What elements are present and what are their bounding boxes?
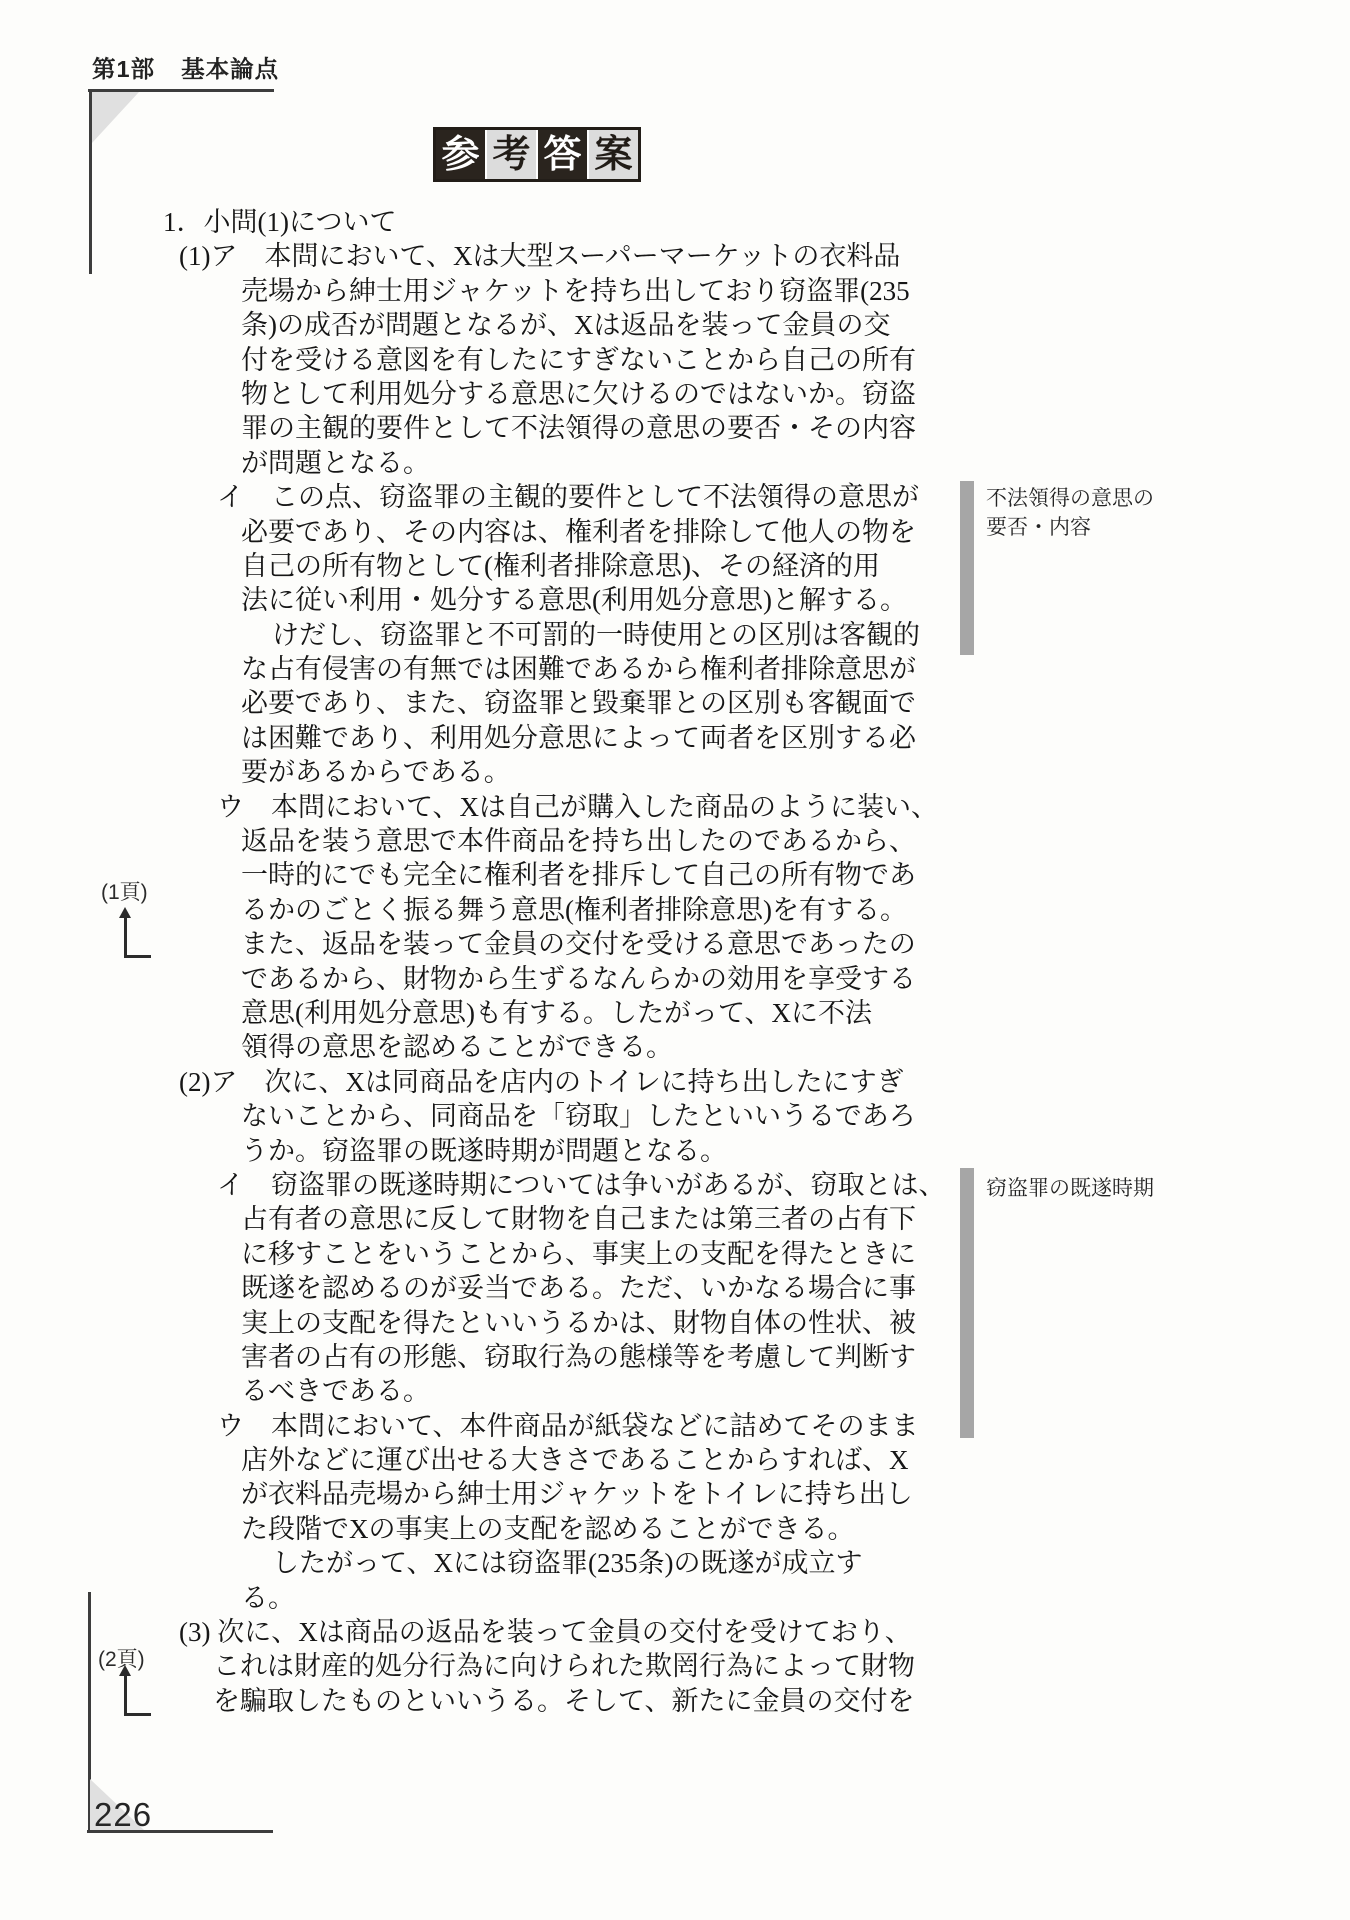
- margin-note-line: 要否・内容: [986, 513, 1206, 542]
- answer-line: 一時的にでも完全に権利者を排斥して自己の所有物であ: [163, 858, 953, 892]
- margin-note-line: 不法領得の意思の: [986, 484, 1206, 513]
- answer-line: を騙取したものといいうる。そして、新たに金員の交付を: [163, 1684, 953, 1718]
- answer-line: (3) 次に、Xは商品の返品を装って金員の交付を受けており、: [163, 1615, 953, 1649]
- answer-line: に移すことをいうことから、事実上の支配を得たときに: [163, 1237, 953, 1271]
- answer-line: るかのごとく振る舞う意思(権利者排除意思)を有する。: [163, 893, 953, 927]
- answer-line: 売場から紳士用ジャケットを持ち出しており窃盗罪(235: [163, 274, 953, 308]
- answer-line: ウ 本問において、Xは自己が購入した商品のように装い、: [163, 790, 953, 824]
- title-char: 考: [487, 130, 536, 179]
- answer-line: また、返品を装って金員の交付を受ける意思であったの: [163, 927, 953, 961]
- answer-line: 既遂を認めるのが妥当である。ただ、いかなる場合に事: [163, 1271, 953, 1305]
- answer-line: 領得の意思を認めることができる。: [163, 1030, 953, 1064]
- answer-line: 自己の所有物として(権利者排除意思)、その経済的用: [163, 549, 953, 583]
- page-break-arrow-icon: [124, 955, 151, 958]
- answer-line: 物として利用処分する意思に欠けるのではないか。窃盗: [163, 377, 953, 411]
- answer-line: これは財産的処分行為に向けられた欺罔行為によって財物: [163, 1649, 953, 1683]
- answer-line: (1)ア 本問において、Xは大型スーパーマーケットの衣料品: [163, 239, 953, 273]
- answer-line: (2)ア 次に、Xは同商品を店内のトイレに持ち出したにすぎ: [163, 1065, 953, 1099]
- answer-line: 1．小問(1)について: [163, 205, 953, 239]
- answer-line: 占有者の意思に反して財物を自己または第三者の占有下: [163, 1202, 953, 1236]
- title-char: 答: [538, 130, 587, 179]
- answer-line: た段階でXの事実上の支配を認めることができる。: [163, 1512, 953, 1546]
- answer-line: 付を受ける意図を有したにすぎないことから自己の所有: [163, 343, 953, 377]
- page-number: 226: [94, 1796, 152, 1834]
- answer-line: が衣料品売場から紳士用ジャケットをトイレに持ち出し: [163, 1477, 953, 1511]
- title-char: 参: [436, 130, 485, 179]
- corner-triangle-top: [92, 92, 139, 143]
- margin-note-bar: [960, 481, 974, 655]
- margin-note: 不法領得の意思の 要否・内容: [986, 484, 1206, 542]
- answer-line: 条)の成否が問題となるが、Xは返品を装って金員の交: [163, 308, 953, 342]
- chapter-title: 基本論点: [181, 56, 279, 82]
- answer-line: が問題となる。: [163, 446, 953, 480]
- answer-line: ないことから、同商品を「窃取」したといいうるであろ: [163, 1099, 953, 1133]
- answer-line: けだし、窃盗罪と不可罰的一時使用との区別は客観的: [163, 618, 953, 652]
- answer-line: うか。窃盗罪の既遂時期が問題となる。: [163, 1134, 953, 1168]
- book-page: 第1部基本論点 参 考 答 案 1．小問(1)について (1)ア 本問において、…: [0, 0, 1350, 1920]
- answer-line: 意思(利用処分意思)も有する。したがって、Xに不法: [163, 996, 953, 1030]
- page-break-label: (1頁): [101, 876, 148, 906]
- page-break-arrow-icon: [124, 1675, 127, 1715]
- answer-line: 必要であり、また、窃盗罪と毀棄罪との区別も客観面で: [163, 686, 953, 720]
- answer-line: であるから、財物から生ずるなんらかの効用を享受する: [163, 962, 953, 996]
- margin-note: 窃盗罪の既遂時期: [986, 1174, 1206, 1203]
- answer-line: 実上の支配を得たといいうるかは、財物自体の性状、被: [163, 1306, 953, 1340]
- running-head: 第1部基本論点: [92, 50, 279, 84]
- page-break-arrow-icon: [124, 917, 127, 957]
- answer-line: は困難であり、利用処分意思によって両者を区別する必: [163, 721, 953, 755]
- margin-note-bar: [960, 1168, 974, 1438]
- answer-line: 必要であり、その内容は、権利者を排除して他人の物を: [163, 515, 953, 549]
- title-char: 案: [589, 130, 638, 179]
- answer-line: 罪の主観的要件として不法領得の意思の要否・その内容: [163, 411, 953, 445]
- header-rule: [88, 89, 274, 92]
- answer-line: イ この点、窃盗罪の主観的要件として不法領得の意思が: [163, 480, 953, 514]
- answer-line: る。: [163, 1581, 953, 1615]
- part-label: 第1部: [92, 56, 155, 82]
- answer-line: 害者の占有の形態、窃取行為の態様等を考慮して判断す: [163, 1340, 953, 1374]
- left-border-top: [89, 89, 92, 274]
- answer-line: 返品を装う意思で本件商品を持ち出したのであるから、: [163, 824, 953, 858]
- answer-body: 1．小問(1)について (1)ア 本問において、Xは大型スーパーマーケットの衣料…: [163, 205, 953, 1718]
- margin-note-line: 窃盗罪の既遂時期: [986, 1174, 1206, 1203]
- answer-line: 法に従い利用・処分する意思(利用処分意思)と解する。: [163, 583, 953, 617]
- answer-line: 要があるからである。: [163, 755, 953, 789]
- answer-line: な占有侵害の有無では困難であるから権利者排除意思が: [163, 652, 953, 686]
- answer-line: ウ 本問において、本件商品が紙袋などに詰めてそのまま: [163, 1409, 953, 1443]
- section-title-box: 参 考 答 案: [433, 127, 641, 182]
- answer-line: るべきである。: [163, 1374, 953, 1408]
- answer-line: したがって、Xには窃盗罪(235条)の既遂が成立す: [163, 1546, 953, 1580]
- answer-line: 店外などに運び出せる大きさであることからすれば、X: [163, 1443, 953, 1477]
- page-break-arrow-icon: [124, 1713, 151, 1716]
- footer-rule: [87, 1830, 273, 1833]
- answer-line: イ 窃盗罪の既遂時期については争いがあるが、窃取とは、: [163, 1168, 953, 1202]
